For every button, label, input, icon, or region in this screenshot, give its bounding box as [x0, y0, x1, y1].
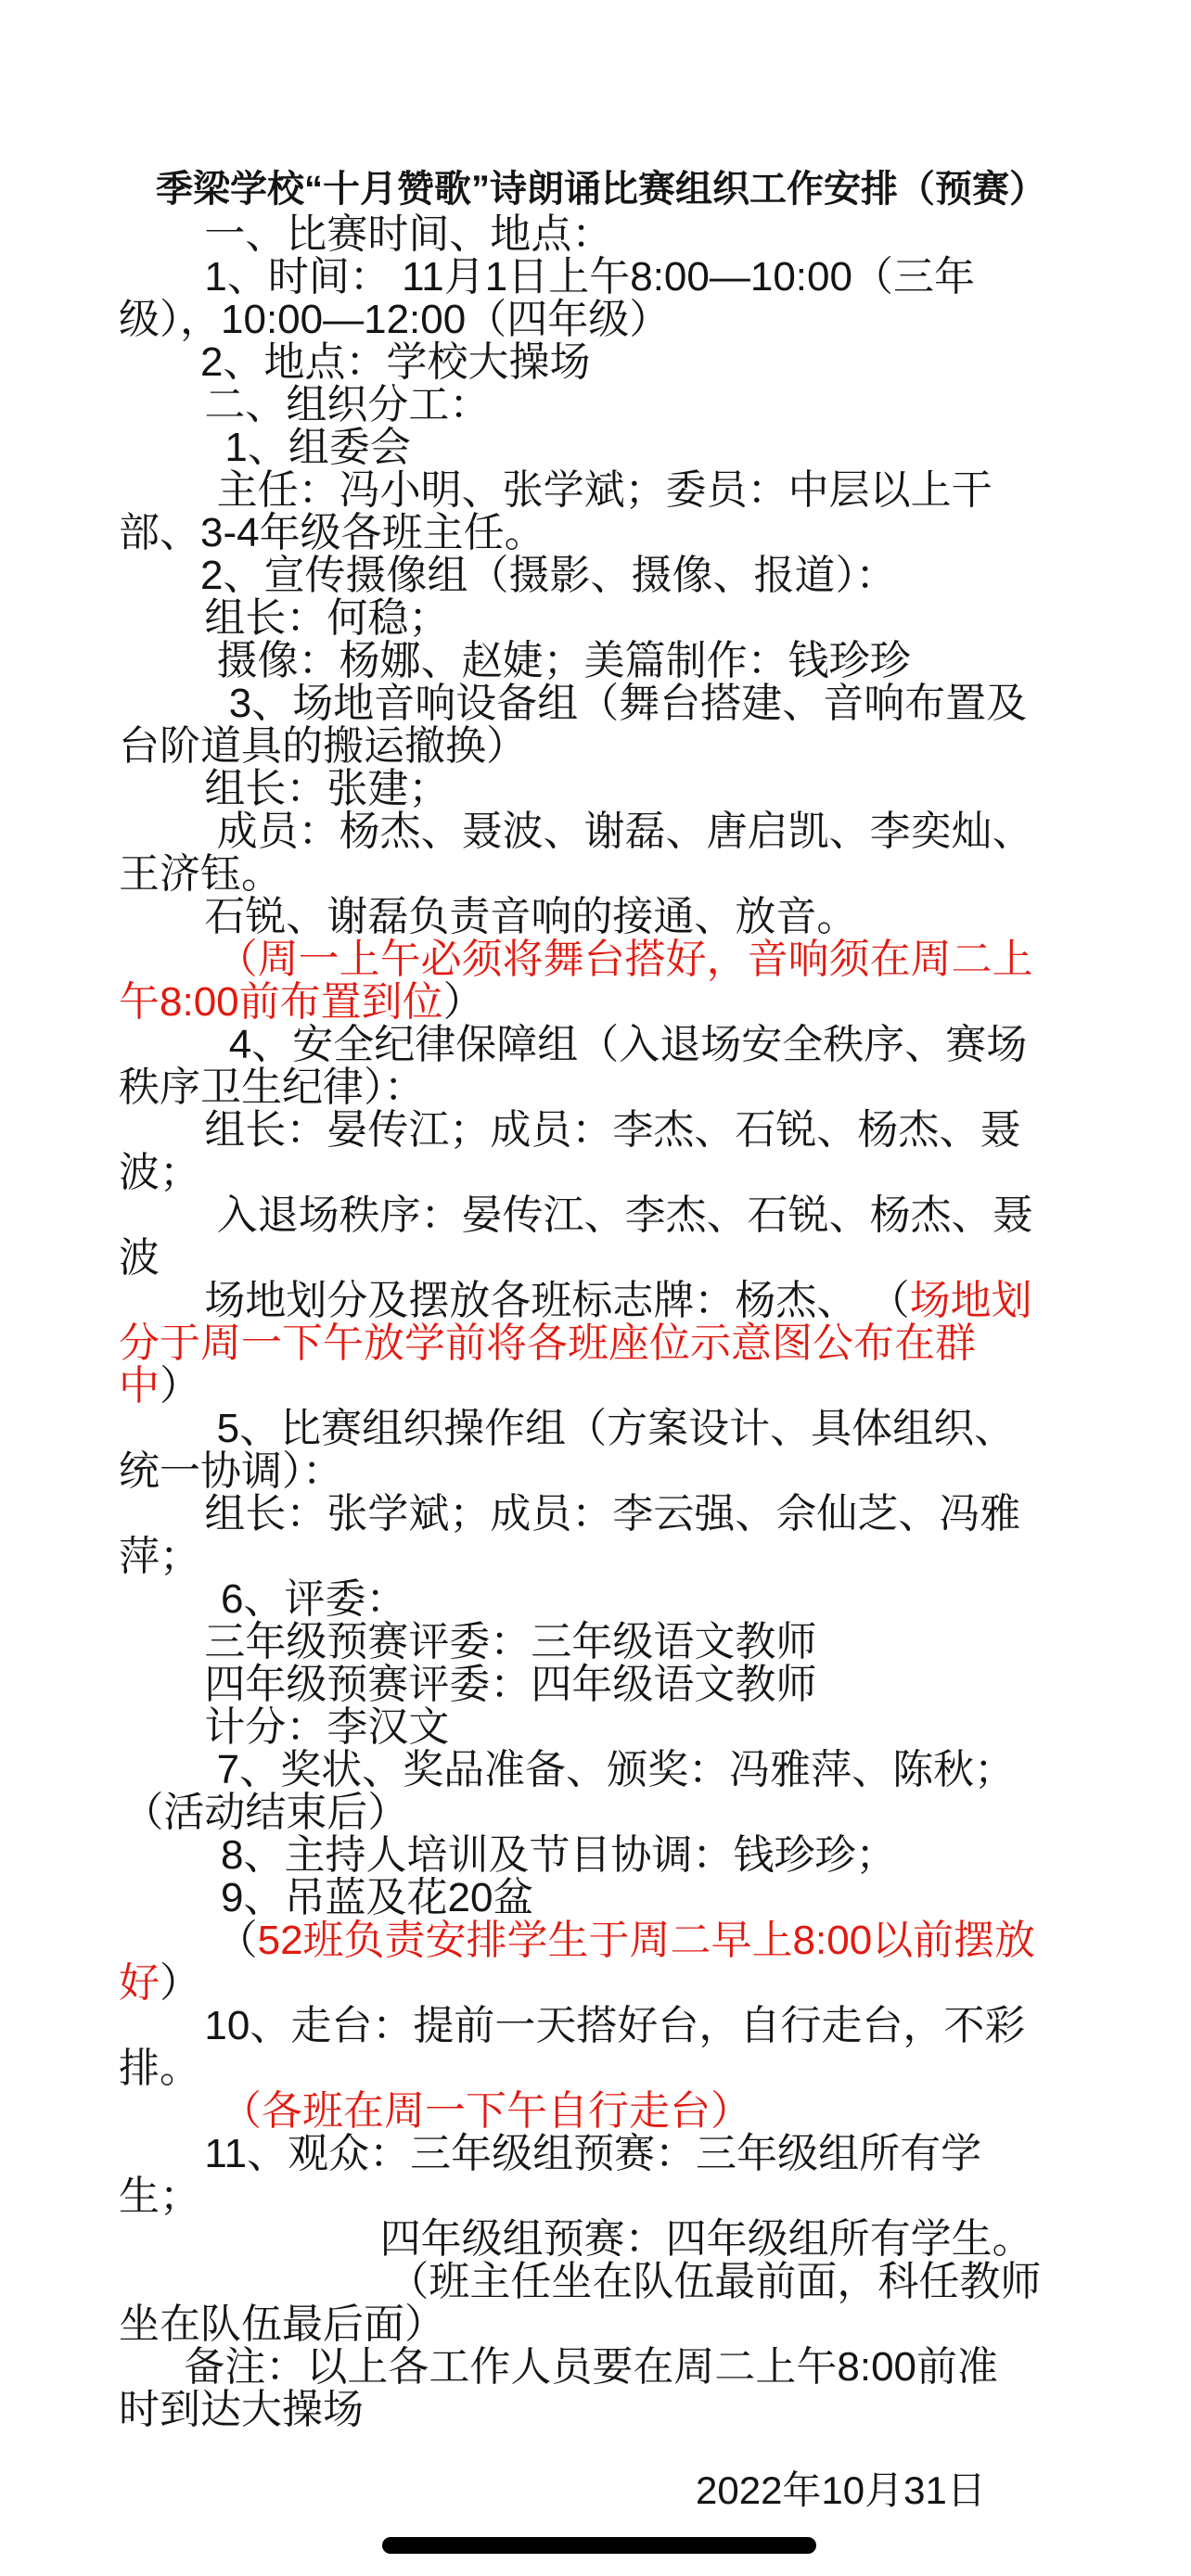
doc-line: 2、宣传摄像组（摄影、摄像、报道）：	[119, 555, 1083, 597]
body-text: 入退场秩序：晏传江、李杰、石锐、杨杰、聂	[217, 1192, 1033, 1238]
body-text: 统一协调）：	[119, 1448, 343, 1494]
doc-line: 三年级预赛评委：三年级语文教师	[119, 1621, 1083, 1664]
body-text: 主任：冯小明、张学斌；委员：中层以上干	[217, 467, 992, 513]
body-text: 四年级预赛评委：四年级语文教师	[204, 1662, 816, 1707]
body-text: 2、宣传摄像组（摄影、摄像、报道）：	[200, 553, 896, 598]
highlight-text: 好	[119, 1960, 160, 2006]
body-text: 波；	[119, 1150, 200, 1195]
doc-line: 波	[119, 1237, 1083, 1280]
highlight-text: （周一上午必须将舞台搭好，音响须在周二上	[217, 937, 1033, 982]
body-text: 组长：张建；	[204, 766, 449, 811]
doc-line: 2、地点：学校大操场	[119, 341, 1083, 384]
doc-line: 一、比赛时间、地点：	[119, 213, 1083, 256]
document-page: 季梁学校“十月赞歌”诗朗诵比赛组织工作安排（预赛） 一、比赛时间、地点：1、时间…	[119, 167, 1083, 2513]
body-text: 四年级组预赛：四年级组所有学生。	[380, 2216, 1033, 2262]
doc-line: 5、比赛组织操作组（方案设计、具体组织、	[119, 1408, 1083, 1450]
body-text: 9、吊蓝及花20盆	[221, 1875, 533, 1920]
highlight-text: 分于周一下午放学前将各班座位示意图公布在群	[119, 1320, 976, 1366]
document-date: 2022年10月31日	[119, 2468, 1083, 2513]
doc-line: 波；	[119, 1152, 1083, 1194]
doc-line: 组长：张建；	[119, 768, 1083, 810]
doc-line: （班主任坐在队伍最前面，科任教师	[119, 2261, 1083, 2303]
doc-line: 石锐、谢磊负责音响的接通、放音。	[119, 896, 1083, 938]
doc-line: 9、吊蓝及花20盆	[119, 1877, 1083, 1919]
doc-line: 入退场秩序：晏传江、李杰、石锐、杨杰、聂	[119, 1194, 1083, 1237]
doc-line: 生；	[119, 2175, 1083, 2218]
body-text: 级），10:00—12:00（四年级）	[119, 297, 670, 342]
body-text: 波	[119, 1235, 160, 1281]
doc-line: 1、组委会	[119, 427, 1083, 469]
body-text: （	[217, 1918, 258, 1963]
body-text: 部、3-4年级各班主任。	[119, 510, 545, 555]
body-text: ）	[160, 1363, 200, 1409]
doc-line: 4、安全纪律保障组（入退场安全秩序、赛场	[119, 1024, 1083, 1066]
body-text: 6、评委：	[221, 1576, 406, 1622]
body-text: 场地划分及摆放各班标志牌：杨杰、 （	[204, 1278, 909, 1323]
doc-line: （52班负责安排学生于周二早上8:00以前摆放	[119, 1919, 1083, 1962]
doc-line: 8、主持人培训及节目协调：钱珍珍；	[119, 1834, 1083, 1877]
body-text: 萍；	[119, 1534, 200, 1579]
body-text: 三年级预赛评委：三年级语文教师	[204, 1619, 816, 1664]
doc-line: 组长：张学斌；成员：李云强、佘仙芝、冯雅	[119, 1493, 1083, 1536]
doc-line: 主任：冯小明、张学斌；委员：中层以上干	[119, 469, 1083, 512]
body-text: 生；	[119, 2174, 200, 2219]
doc-line: 11、观众：三年级组预赛：三年级组所有学	[119, 2133, 1083, 2175]
phone-screenshot: 季梁学校“十月赞歌”诗朗诵比赛组织工作安排（预赛） 一、比赛时间、地点：1、时间…	[0, 0, 1191, 2576]
body-text: ）	[443, 979, 484, 1025]
doc-line: 分于周一下午放学前将各班座位示意图公布在群	[119, 1322, 1083, 1365]
doc-line: （活动结束后）	[119, 1792, 1083, 1834]
doc-line: 3、场地音响设备组（舞台搭建、音响布置及	[119, 682, 1083, 725]
doc-line: 四年级组预赛：四年级组所有学生。	[119, 2218, 1083, 2261]
body-text: 11、观众：三年级组预赛：三年级组所有学	[204, 2131, 981, 2176]
doc-line: 王济钰。	[119, 853, 1083, 896]
doc-line: 7、奖状、奖品准备、颁奖：冯雅萍、陈秋；	[119, 1749, 1083, 1792]
doc-line: 摄像：杨娜、赵婕；美篇制作：钱珍珍	[119, 640, 1083, 682]
highlight-text: 中	[119, 1363, 160, 1409]
doc-line: 场地划分及摆放各班标志牌：杨杰、 （场地划	[119, 1280, 1083, 1322]
doc-line: 四年级预赛评委：四年级语文教师	[119, 1664, 1083, 1706]
highlight-text: 场地划	[910, 1278, 1032, 1323]
doc-line: 计分：李汉文	[119, 1706, 1083, 1749]
doc-line: 中）	[119, 1365, 1083, 1408]
doc-line: 1、时间： 11月1日上午8:00—10:00（三年	[119, 256, 1083, 299]
body-text: 组长：何稳；	[204, 595, 449, 641]
body-text: 10、走台：提前一天搭好台，自行走台，不彩	[204, 2003, 1025, 2048]
doc-line: 部、3-4年级各班主任。	[119, 512, 1083, 555]
body-text: 备注：以上各工作人员要在周二上午8:00前准	[184, 2344, 998, 2390]
doc-line: 排。	[119, 2047, 1083, 2090]
body-text: 时到达大操场	[119, 2387, 364, 2432]
doc-line: 时到达大操场	[119, 2389, 1083, 2431]
body-text: 1、时间： 11月1日上午8:00—10:00（三年	[204, 254, 975, 300]
doc-line: 坐在队伍最后面）	[119, 2303, 1083, 2346]
highlight-text: 午8:00前布置到位	[119, 979, 443, 1025]
body-text: 一、比赛时间、地点：	[204, 211, 612, 257]
document-title: 季梁学校“十月赞歌”诗朗诵比赛组织工作安排（预赛）	[119, 167, 1083, 211]
body-text: 组长：晏传江；成员：李杰、石锐、杨杰、聂	[204, 1107, 1020, 1153]
document-lines: 一、比赛时间、地点：1、时间： 11月1日上午8:00—10:00（三年级），1…	[119, 213, 1083, 2431]
body-text: 7、奖状、奖品准备、颁奖：冯雅萍、陈秋；	[217, 1747, 1015, 1792]
body-text: 4、安全纪律保障组（入退场安全秩序、赛场	[229, 1022, 1027, 1067]
doc-line: 秩序卫生纪律）：	[119, 1066, 1083, 1109]
body-text: 石锐、谢磊负责音响的接通、放音。	[204, 894, 857, 939]
body-text: 3、场地音响设备组（舞台搭建、音响布置及	[229, 681, 1027, 726]
doc-line: 组长：何稳；	[119, 597, 1083, 640]
doc-line: 统一协调）：	[119, 1450, 1083, 1493]
body-text: 成员：杨杰、聂波、谢磊、唐启凯、李奕灿、	[217, 809, 1033, 854]
doc-line: 好）	[119, 1962, 1083, 2005]
body-text: 5、比赛组织操作组（方案设计、具体组织、	[217, 1406, 1015, 1451]
body-text: 摄像：杨娜、赵婕；美篇制作：钱珍珍	[217, 638, 911, 683]
doc-line: 台阶道具的搬运撤换）	[119, 725, 1083, 768]
body-text: 二、组织分工：	[204, 382, 490, 427]
doc-line: 二、组织分工：	[119, 384, 1083, 427]
doc-line: 成员：杨杰、聂波、谢磊、唐启凯、李奕灿、	[119, 810, 1083, 853]
doc-line: 6、评委：	[119, 1578, 1083, 1621]
body-text: 台阶道具的搬运撤换）	[119, 723, 527, 769]
doc-line: （周一上午必须将舞台搭好，音响须在周二上	[119, 938, 1083, 981]
body-text: （班主任坐在队伍最前面，科任教师	[388, 2259, 1041, 2304]
home-indicator-bar[interactable]	[382, 2537, 816, 2554]
highlight-text: （各班在周一下午自行走台）	[221, 2088, 751, 2134]
doc-line: 10、走台：提前一天搭好台，自行走台，不彩	[119, 2005, 1083, 2047]
body-text: ）	[160, 1960, 200, 2006]
doc-line: 级），10:00—12:00（四年级）	[119, 299, 1083, 341]
body-text: 秩序卫生纪律）：	[119, 1065, 425, 1110]
body-text: 1、组委会	[224, 425, 410, 470]
doc-line: 备注：以上各工作人员要在周二上午8:00前准	[119, 2346, 1083, 2389]
doc-line: 萍；	[119, 1536, 1083, 1578]
highlight-text: 52班负责安排学生于周二早上8:00以前摆放	[258, 1918, 1036, 1963]
doc-line: 组长：晏传江；成员：李杰、石锐、杨杰、聂	[119, 1109, 1083, 1152]
body-text: 坐在队伍最后面）	[119, 2302, 445, 2347]
body-text: 排。	[119, 2046, 200, 2091]
body-text: 计分：李汉文	[204, 1704, 449, 1750]
body-text: （活动结束后）	[122, 1790, 408, 1835]
body-text: 王济钰。	[119, 851, 282, 897]
doc-line: 午8:00前布置到位）	[119, 981, 1083, 1024]
doc-line: （各班在周一下午自行走台）	[119, 2090, 1083, 2133]
body-text: 8、主持人培训及节目协调：钱珍珍；	[221, 1832, 896, 1878]
body-text: 组长：张学斌；成员：李云强、佘仙芝、冯雅	[204, 1491, 1020, 1537]
body-text: 2、地点：学校大操场	[200, 339, 590, 385]
